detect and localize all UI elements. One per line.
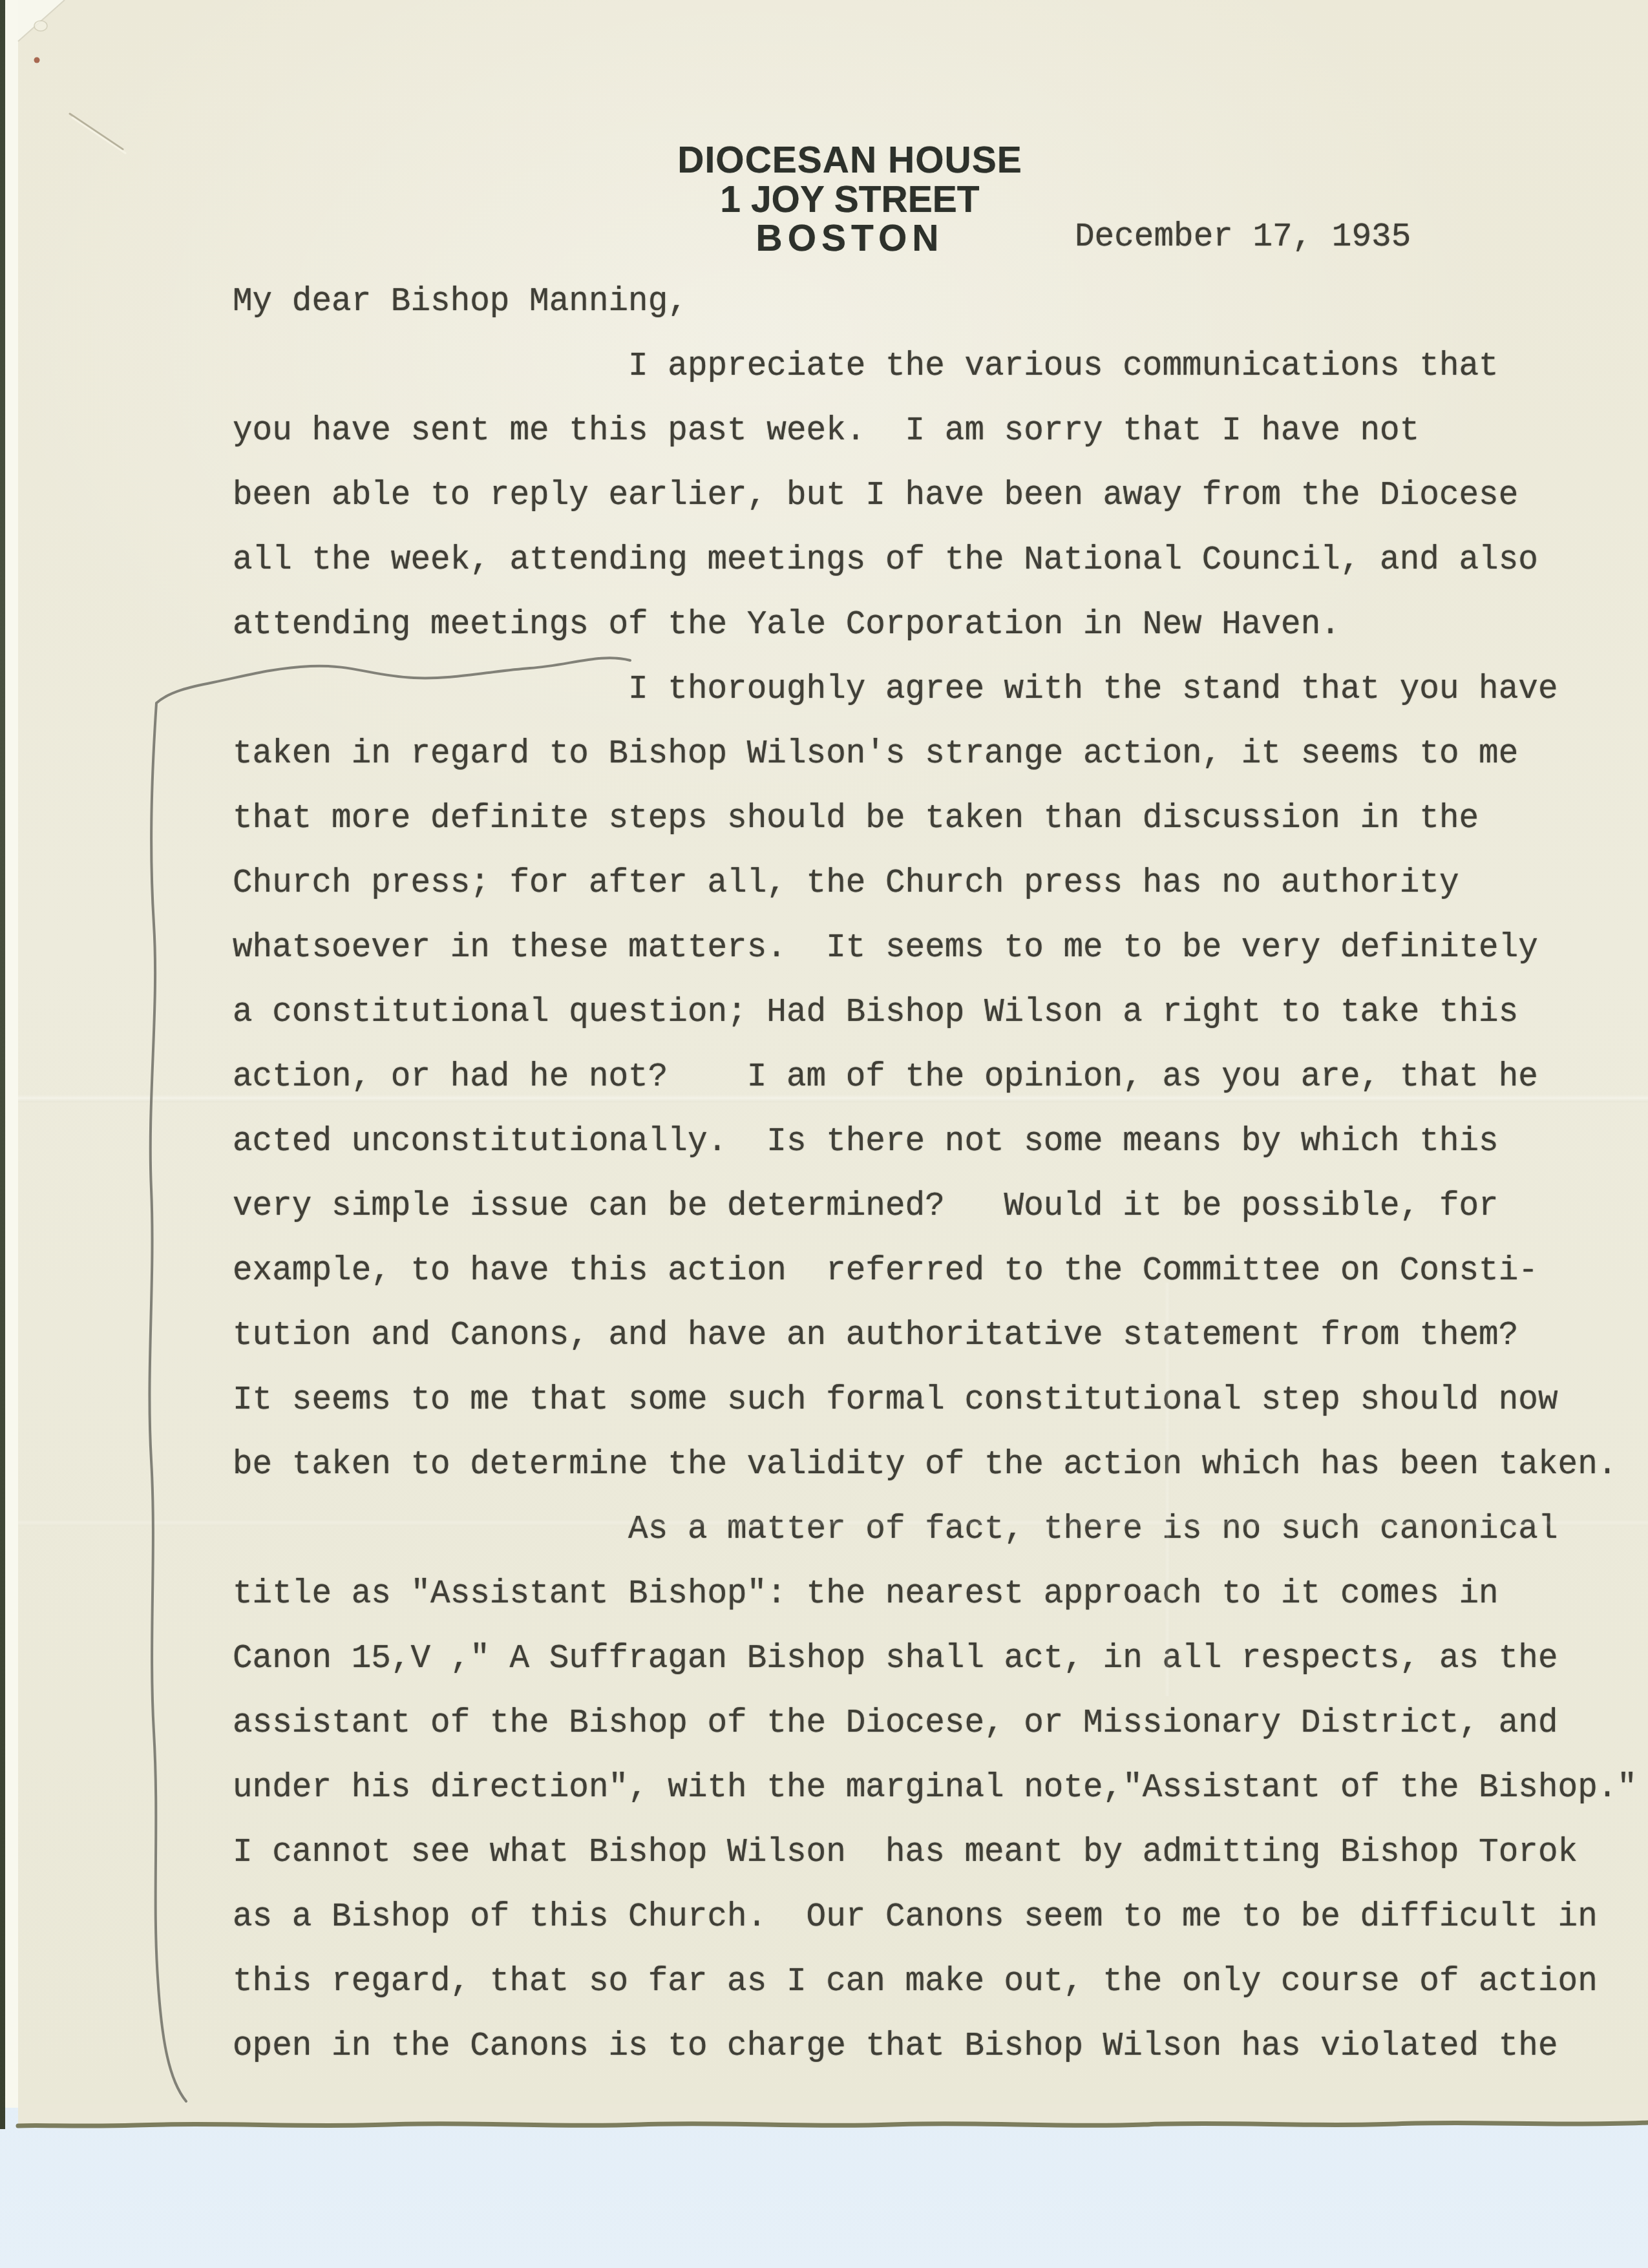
letterhead-line2: 1 JOY STREET (720, 178, 979, 221)
scanner-white-sliver (5, 0, 18, 2108)
date-line: December 17, 1935 (1075, 205, 1411, 270)
letterhead-line1: DIOCESAN HOUSE (677, 139, 1022, 182)
letterhead-line3: BOSTON (756, 217, 944, 260)
salutation: My dear Bishop Manning, (233, 270, 688, 335)
scanner-edge-strip (0, 0, 5, 2129)
scanned-letter: DIOCESAN HOUSE 1 JOY STREET BOSTON Decem… (0, 0, 1648, 2268)
typed-body: I appreciate the various communications … (233, 335, 1637, 2079)
paper-bottom-shadow (18, 2123, 1648, 2126)
